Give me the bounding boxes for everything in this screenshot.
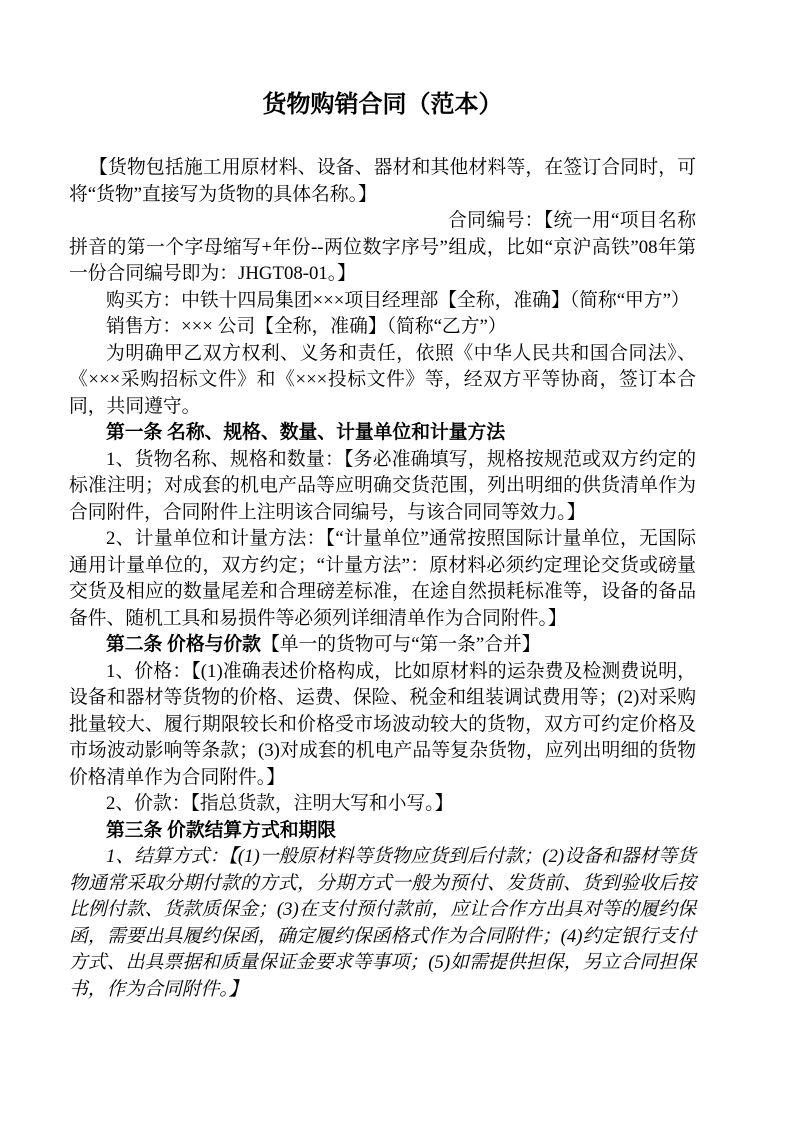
- heading-article-2-note: 【单一的货物可与“第一条”合并】: [261, 634, 541, 655]
- document-title: 货物购销合同（范本）: [69, 88, 696, 122]
- heading-article-3: 第三条 价款结算方式和期限: [69, 818, 696, 845]
- paragraph-preamble: 为明确甲乙双方权利、义务和责任，依照《中华人民共和国合同法》、《×××采购招标文…: [69, 341, 696, 421]
- paragraph-contract-number: 合同编号：【统一用“项目名称拼音的第一个字母缩写+年份--两位数字序号”组成，比…: [69, 208, 696, 288]
- paragraph-article2-item1: 1、价格：【(1)准确表述价格构成，比如原材料的运杂费及检测费说明，设备和器材等…: [69, 659, 696, 792]
- paragraph-article1-item1: 1、货物名称、规格和数量：【务必准确填写，规格按规范或双方约定的标准注明；对成套…: [69, 447, 696, 527]
- paragraph-seller: 销售方：××× 公司【全称，准确】（简称“乙方”）: [69, 314, 696, 341]
- contract-document: 货物购销合同（范本） 【货物包括施工用原材料、设备、器材和其他材料等，在签订合同…: [69, 88, 696, 1003]
- paragraph-article3-item1: 1、结算方式：【(1)一般原材料等货物应货到后付款；(2)设备和器材等货物通常采…: [69, 844, 696, 1003]
- heading-article-2-title: 第二条 价格与价款: [106, 634, 261, 655]
- paragraph-goods-definition-note: 【货物包括施工用原材料、设备、器材和其他材料等，在签订合同时，可将“货物”直接写…: [69, 155, 696, 208]
- heading-article-2: 第二条 价格与价款【单一的货物可与“第一条”合并】: [69, 632, 696, 659]
- paragraph-article2-item2: 2、价款：【指总货款，注明大写和小写。】: [69, 791, 696, 818]
- document-page: 货物购销合同（范本） 【货物包括施工用原材料、设备、器材和其他材料等，在签订合同…: [0, 0, 794, 1123]
- paragraph-article1-item2: 2、计量单位和计量方法：【“计量单位”通常按照国际计量单位，无国际通用计量单位的…: [69, 526, 696, 632]
- heading-article-1: 第一条 名称、规格、数量、计量单位和计量方法: [69, 420, 696, 447]
- paragraph-buyer: 购买方：中铁十四局集团×××项目经理部【全称，准确】（简称“甲方”）: [69, 288, 696, 315]
